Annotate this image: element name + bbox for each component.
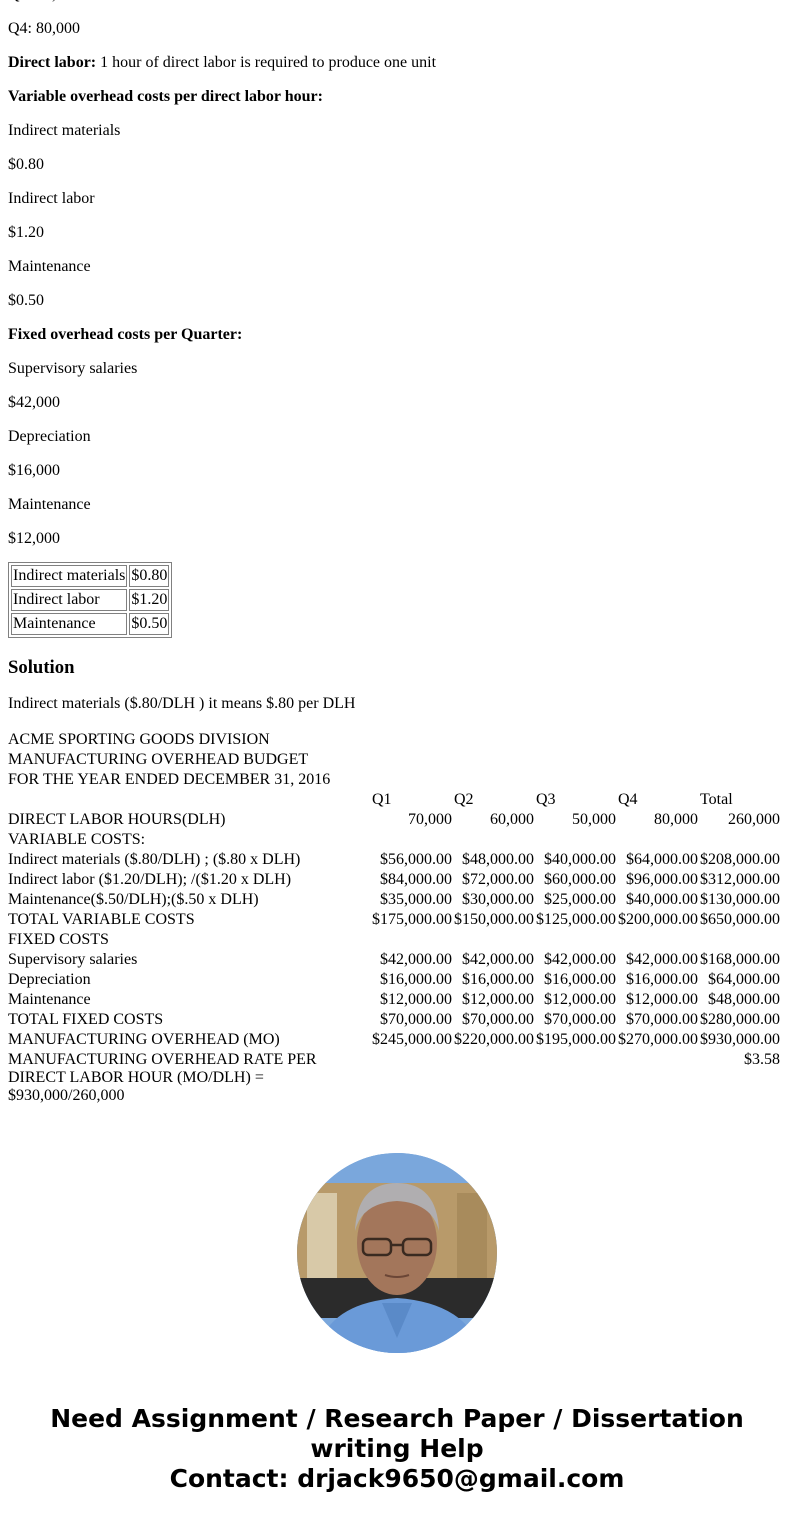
column-header-q3: Q3 [536,791,616,809]
budget-cell-q1: $35,000.00 [372,891,452,909]
budget-title-row: FOR THE YEAR ENDED DECEMBER 31, 2016 [8,771,780,789]
variable-heading: Variable overhead costs per direct labor… [8,88,786,106]
budget-cell-q1: $16,000.00 [372,971,452,989]
fixed-heading-text: Fixed overhead costs per Quarter: [8,326,242,343]
budget-cell-q4: 80,000 [618,811,698,829]
fixed-item-value: $42,000 [8,394,786,412]
budget-cell-q3: $12,000.00 [536,991,616,1009]
budget-cell-q3 [536,1051,616,1105]
variable-item-label: Maintenance [8,258,786,276]
rate-label: Indirect materials [11,565,127,587]
variable-item-label: Indirect materials [8,122,786,140]
budget-cell-total [700,831,780,849]
fixed-item-label: Depreciation [8,428,786,446]
budget-cell-q3: $195,000.00 [536,1031,616,1049]
budget-header-row: Q1Q2Q3Q4Total [8,791,780,809]
budget-cell-q4: $70,000.00 [618,1011,698,1029]
budget-cell-q3: $40,000.00 [536,851,616,869]
budget-cell-q1: $56,000.00 [372,851,452,869]
budget-cell-total: $650,000.00 [700,911,780,929]
budget-cell-q1: $84,000.00 [372,871,452,889]
column-header-q1: Q1 [372,791,452,809]
variable-item-label: Indirect labor [8,190,786,208]
budget-cell-q2 [454,931,534,949]
budget-cell-q2: $48,000.00 [454,851,534,869]
budget-cell-q1: 70,000 [372,811,452,829]
solution-heading: Solution [8,657,786,679]
budget-cell-q2: $30,000.00 [454,891,534,909]
solution-note: Indirect materials ($.80/DLH ) it means … [8,695,786,713]
budget-cell-q2: $12,000.00 [454,991,534,1009]
budget-row-label: DIRECT LABOR HOURS(DLH) [8,811,370,829]
budget-row-label: FIXED COSTS [8,931,370,949]
budget-row: TOTAL VARIABLE COSTS$175,000.00$150,000.… [8,911,780,929]
budget-cell-q4 [618,1051,698,1105]
budget-cell-q4: $42,000.00 [618,951,698,969]
rate-row: Indirect materials$0.80 [11,565,169,587]
budget-row-label: Indirect materials ($.80/DLH) ; ($.80 x … [8,851,370,869]
budget-cell-q2: 60,000 [454,811,534,829]
overhead-budget-table: ACME SPORTING GOODS DIVISIONMANUFACTURIN… [6,729,782,1107]
budget-cell-q3: $70,000.00 [536,1011,616,1029]
budget-title-row: ACME SPORTING GOODS DIVISION [8,731,780,749]
budget-cell-q2: $42,000.00 [454,951,534,969]
budget-title-line: FOR THE YEAR ENDED DECEMBER 31, 2016 [8,771,370,789]
fixed-item-value: $12,000 [8,530,786,548]
rate-value: $0.50 [129,613,169,635]
budget-cell-total: 260,000 [700,811,780,829]
budget-row-label: Maintenance [8,991,370,1009]
budget-cell-q1 [372,931,452,949]
budget-row-label: TOTAL FIXED COSTS [8,1011,370,1029]
budget-row: FIXED COSTS [8,931,780,949]
rate-value: $0.80 [129,565,169,587]
budget-cell-q1: $42,000.00 [372,951,452,969]
budget-cell-q4: $40,000.00 [618,891,698,909]
budget-cell-q2: $16,000.00 [454,971,534,989]
budget-cell-q4: $270,000.00 [618,1031,698,1049]
variable-heading-text: Variable overhead costs per direct labor… [8,88,323,105]
column-header-q4: Q4 [618,791,698,809]
budget-row: Maintenance$12,000.00$12,000.00$12,000.0… [8,991,780,1009]
budget-cell-total: $280,000.00 [700,1011,780,1029]
budget-row-label: Supervisory salaries [8,951,370,969]
rate-label: Indirect labor [11,589,127,611]
budget-cell-total: $64,000.00 [700,971,780,989]
budget-row: Indirect labor ($1.20/DLH); /($1.20 x DL… [8,871,780,889]
budget-cell-q4 [618,931,698,949]
budget-cell-q4: $64,000.00 [618,851,698,869]
budget-row-label: TOTAL VARIABLE COSTS [8,911,370,929]
budget-row: Depreciation$16,000.00$16,000.00$16,000.… [8,971,780,989]
budget-cell-total: $130,000.00 [700,891,780,909]
budget-cell-q2: $70,000.00 [454,1011,534,1029]
variable-item-value: $0.80 [8,156,786,174]
promo-contact: Contact: drjack9650@gmail.com [0,1464,794,1494]
budget-cell-total: $930,000.00 [700,1031,780,1049]
promo-line-2: writing Help [0,1434,794,1464]
budget-cell-q3: $125,000.00 [536,911,616,929]
budget-row-label: VARIABLE COSTS: [8,831,370,849]
budget-row: DIRECT LABOR HOURS(DLH)70,00060,00050,00… [8,811,780,829]
budget-cell-q4: $16,000.00 [618,971,698,989]
budget-cell-q1: $245,000.00 [372,1031,452,1049]
budget-cell-q3: $25,000.00 [536,891,616,909]
direct-labor-label: Direct labor: [8,54,96,71]
budget-row: VARIABLE COSTS: [8,831,780,849]
budget-cell-q3 [536,931,616,949]
fixed-heading: Fixed overhead costs per Quarter: [8,326,786,344]
promo-banner: Need Assignment / Research Paper / Disse… [0,1404,794,1494]
budget-cell-q3: $60,000.00 [536,871,616,889]
budget-title-line: ACME SPORTING GOODS DIVISION [8,731,370,749]
q4-units: Q4: 80,000 [8,20,786,38]
rate-row: Indirect labor$1.20 [11,589,169,611]
budget-cell-q2: $220,000.00 [454,1031,534,1049]
promo-line-1: Need Assignment / Research Paper / Disse… [0,1404,794,1434]
variable-item-value: $1.20 [8,224,786,242]
rate-label: Maintenance [11,613,127,635]
budget-row: Indirect materials ($.80/DLH) ; ($.80 x … [8,851,780,869]
budget-title-line: MANUFACTURING OVERHEAD BUDGET [8,751,370,769]
budget-row: TOTAL FIXED COSTS$70,000.00$70,000.00$70… [8,1011,780,1029]
budget-cell-q1: $12,000.00 [372,991,452,1009]
budget-cell-q1: $70,000.00 [372,1011,452,1029]
budget-row-label: Depreciation [8,971,370,989]
budget-row-label: MANUFACTURING OVERHEAD RATE PER DIRECT L… [8,1051,370,1105]
budget-row-label: Maintenance($.50/DLH);($.50 x DLH) [8,891,370,909]
budget-cell-q2 [454,1051,534,1105]
rate-row: Maintenance$0.50 [11,613,169,635]
budget-cell-q3 [536,831,616,849]
budget-cell-q3: $42,000.00 [536,951,616,969]
fixed-item-label: Maintenance [8,496,786,514]
column-header-total: Total [700,791,780,809]
budget-row: Supervisory salaries$42,000.00$42,000.00… [8,951,780,969]
budget-cell-total: $208,000.00 [700,851,780,869]
fixed-item-value: $16,000 [8,462,786,480]
budget-cell-q1 [372,1051,452,1105]
budget-row: MANUFACTURING OVERHEAD (MO)$245,000.00$2… [8,1031,780,1049]
budget-cell-q2: $72,000.00 [454,871,534,889]
budget-cell-q4: $12,000.00 [618,991,698,1009]
column-header-q2: Q2 [454,791,534,809]
budget-cell-total [700,931,780,949]
budget-cell-q2: $150,000.00 [454,911,534,929]
direct-labor-text: 1 hour of direct labor is required to pr… [96,54,436,71]
variable-item-value: $0.50 [8,292,786,310]
budget-cell-total: $168,000.00 [700,951,780,969]
budget-cell-total: $312,000.00 [700,871,780,889]
budget-row-label: Indirect labor ($1.20/DLH); /($1.20 x DL… [8,871,370,889]
author-photo-icon [297,1153,497,1353]
budget-row: Maintenance($.50/DLH);($.50 x DLH)$35,00… [8,891,780,909]
variable-rate-table: Indirect materials$0.80Indirect labor$1.… [8,562,172,638]
budget-title-row: MANUFACTURING OVERHEAD BUDGET [8,751,780,769]
budget-cell-q3: 50,000 [536,811,616,829]
budget-cell-q4: $96,000.00 [618,871,698,889]
budget-cell-total: $3.58 [700,1051,780,1105]
budget-cell-q3: $16,000.00 [536,971,616,989]
q3-units: Q3: 50,000 [8,0,786,4]
fixed-item-label: Supervisory salaries [8,360,786,378]
budget-cell-total: $48,000.00 [700,991,780,1009]
budget-row: MANUFACTURING OVERHEAD RATE PER DIRECT L… [8,1051,780,1105]
budget-cell-q4: $200,000.00 [618,911,698,929]
direct-labor-line: Direct labor: 1 hour of direct labor is … [8,54,786,72]
budget-cell-q1: $175,000.00 [372,911,452,929]
rate-value: $1.20 [129,589,169,611]
document-page: Q3: 50,000 Q4: 80,000 Direct labor: 1 ho… [8,0,786,1107]
author-avatar [297,1153,497,1353]
budget-row-label: MANUFACTURING OVERHEAD (MO) [8,1031,370,1049]
budget-cell-q1 [372,831,452,849]
budget-cell-q2 [454,831,534,849]
budget-cell-q4 [618,831,698,849]
